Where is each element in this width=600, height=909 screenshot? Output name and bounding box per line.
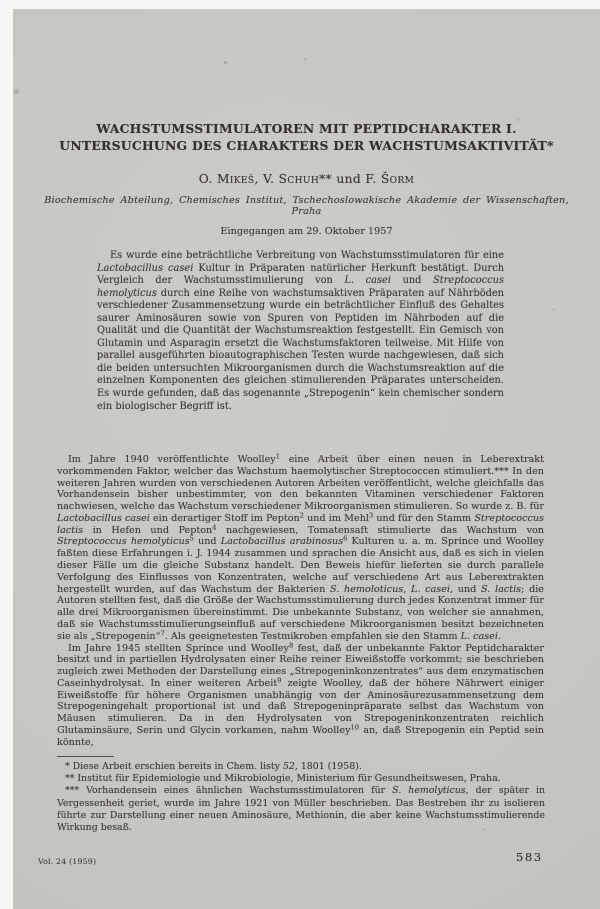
- text-segment: , und: [450, 584, 481, 595]
- text-segment: 52: [283, 761, 295, 772]
- affiliation-line1: Biochemische Abteilung, Chemisches Insti…: [13, 195, 600, 206]
- text-segment: . Als geeignetesten Testmikroben empfahl…: [165, 631, 461, 642]
- text-segment: L. casei: [461, 631, 498, 642]
- received-date-line: Eingegangen am 29. Oktober 1957: [13, 226, 600, 237]
- text-segment: Schuh: [279, 172, 320, 186]
- body-paragraph-2: Im Jahre 1945 stellten Sprince und Wooll…: [57, 643, 544, 749]
- footnotes-block: * Diese Arbeit erschien bereits in Chem.…: [57, 761, 545, 834]
- scan-speckles: [13, 9, 14, 10]
- text-segment: S. hemoloticus: [330, 584, 403, 595]
- text-segment: L. casei: [344, 275, 391, 286]
- text-segment: und: [391, 275, 433, 286]
- text-segment: ** Institut für Epidemiologie und Mikrob…: [65, 773, 501, 784]
- footnote-rule: [57, 756, 114, 757]
- text-segment: Streptococcus hemolyticus: [57, 536, 190, 547]
- text-segment: * Diese Arbeit erschien bereits in Chem.…: [65, 761, 283, 772]
- article-title-line2: UNTERSUCHUNG DES CHARAKTERS DER WACHSTUM…: [13, 138, 600, 153]
- text-segment: und für den Stamm: [373, 513, 474, 524]
- text-segment: Im Jahre 1940 veröffentlichte Woolley: [68, 454, 276, 465]
- text-segment: ein derartiger Stoff im Pepton: [150, 513, 300, 524]
- body-paragraph-1: Im Jahre 1940 veröffentlichte Woolley1 e…: [57, 454, 544, 643]
- text-segment: Lactobacillus casei: [57, 513, 150, 524]
- text-segment: S. lactis: [481, 584, 521, 595]
- text-segment: ** und F.: [319, 172, 381, 186]
- affiliation-line2: Praha: [13, 206, 600, 217]
- body-text: Im Jahre 1940 veröffentlichte Woolley1 e…: [57, 454, 544, 749]
- scanned-journal-page: WACHSTUMSSTIMULATOREN MIT PEPTIDCHARAKTE…: [0, 0, 600, 909]
- footnote-2: ** Institut für Epidemiologie und Mikrob…: [57, 773, 545, 785]
- text-segment: Es wurde eine beträchtliche Verbreitung …: [110, 250, 504, 261]
- text-segment: nachgewiesen, Tomatensaft stimulierte da…: [216, 525, 544, 536]
- text-segment: Im Jahre 1945 stellten Sprince und Wooll…: [68, 643, 289, 654]
- text-segment: durch eine Reihe von wachstumsaktiven Pr…: [97, 288, 504, 412]
- text-segment: S. hemolyticus: [392, 785, 465, 796]
- text-segment: , 1801 (1958).: [295, 761, 362, 772]
- volume-label: Vol. 24 (1959): [38, 857, 96, 866]
- footnote-3: *** Vorhandensein eines ähnlichen Wachst…: [57, 785, 545, 834]
- superscript-ref: 10: [351, 723, 359, 731]
- text-segment: Lactobacillus arabinosus: [221, 536, 343, 547]
- text-segment: *** Vorhandensein eines ähnlichen Wachst…: [65, 785, 392, 796]
- text-segment: L. casei: [411, 584, 450, 595]
- text-segment: ,: [403, 584, 411, 595]
- text-segment: O.: [199, 172, 217, 186]
- text-segment: .: [498, 631, 501, 642]
- text-segment: Šorm: [381, 172, 414, 186]
- abstract-paragraph: Es wurde eine beträchtliche Verbreitung …: [97, 250, 504, 413]
- text-segment: , V.: [254, 172, 278, 186]
- page-number: 583: [516, 850, 543, 864]
- text-segment: und: [194, 536, 221, 547]
- footnote-1: * Diese Arbeit erschien bereits in Chem.…: [57, 761, 545, 773]
- authors-line: O. Mikeš, V. Schuh** und F. Šorm: [13, 172, 600, 186]
- article-title-line1: WACHSTUMSSTIMULATOREN MIT PEPTIDCHARAKTE…: [13, 121, 600, 136]
- text-segment: Mikeš: [217, 172, 255, 186]
- text-segment: Lactobacillus casei: [97, 263, 193, 274]
- text-segment: und im Mehl: [304, 513, 369, 524]
